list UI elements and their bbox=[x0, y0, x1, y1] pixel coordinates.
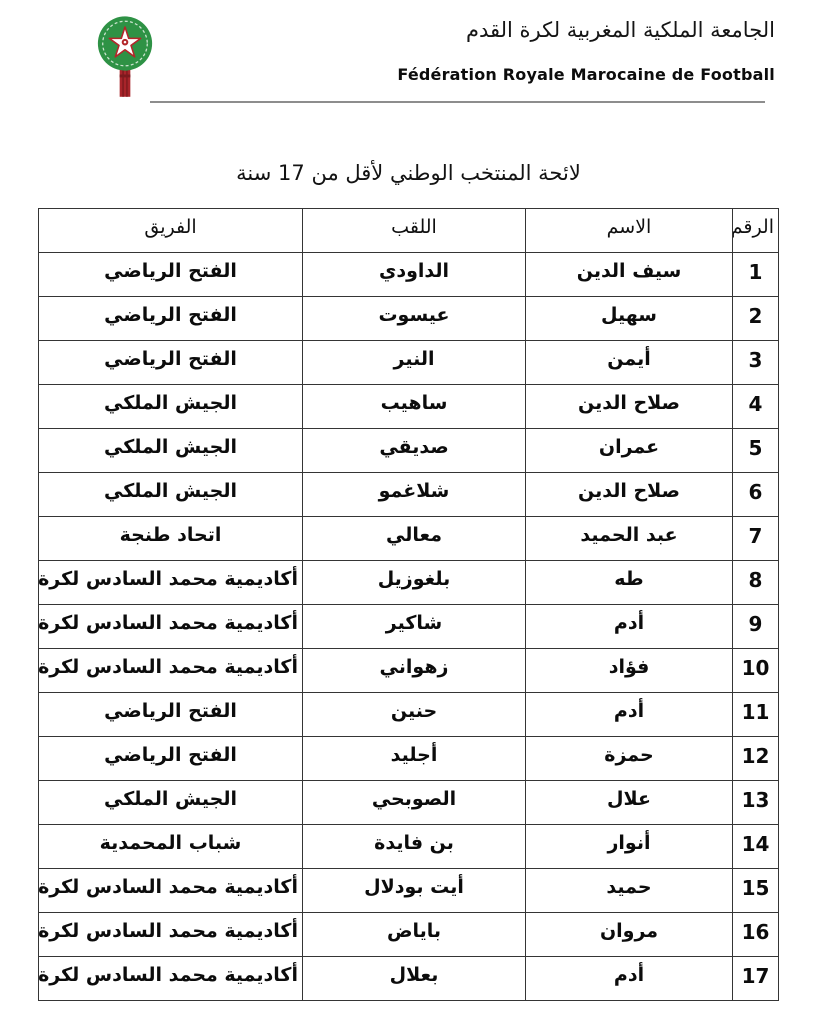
row-number-cell: 3 bbox=[733, 341, 779, 385]
name-cell: فؤاد bbox=[526, 649, 733, 693]
surname-cell: باياض bbox=[303, 913, 526, 957]
table-row: 15حميدأيت بودلالأكاديمية محمد السادس لكر… bbox=[39, 869, 779, 913]
federation-logo-icon bbox=[94, 14, 156, 104]
column-header-number: الرقم bbox=[733, 209, 779, 253]
surname-cell: بن فايدة bbox=[303, 825, 526, 869]
surname-cell: عيسوت bbox=[303, 297, 526, 341]
row-number-cell: 16 bbox=[733, 913, 779, 957]
surname-cell: أجليد bbox=[303, 737, 526, 781]
name-cell: علال bbox=[526, 781, 733, 825]
table-row: 8طهبلغوزيلأكاديمية محمد السادس لكرة القد… bbox=[39, 561, 779, 605]
table-body: 1سيف الدينالداوديالفتح الرياضي2سهيلعيسوت… bbox=[39, 253, 779, 1001]
header-divider bbox=[150, 101, 765, 103]
team-cell: الجيش الملكي bbox=[39, 385, 303, 429]
row-number-cell: 17 bbox=[733, 957, 779, 1001]
row-number-cell: 9 bbox=[733, 605, 779, 649]
row-number-cell: 8 bbox=[733, 561, 779, 605]
row-number-cell: 6 bbox=[733, 473, 779, 517]
name-cell: صلاح الدين bbox=[526, 473, 733, 517]
table-row: 9أدمشاكيرأكاديمية محمد السادس لكرة القدم bbox=[39, 605, 779, 649]
crest-ribbon bbox=[120, 67, 131, 97]
team-cell: الجيش الملكي bbox=[39, 473, 303, 517]
table-row: 12حمزةأجليدالفتح الرياضي bbox=[39, 737, 779, 781]
team-cell: الفتح الرياضي bbox=[39, 693, 303, 737]
table-row: 4صلاح الدينساهيبالجيش الملكي bbox=[39, 385, 779, 429]
name-cell: سيف الدين bbox=[526, 253, 733, 297]
team-cell: الفتح الرياضي bbox=[39, 297, 303, 341]
table-row: 10فؤادزهوانيأكاديمية محمد السادس لكرة ال… bbox=[39, 649, 779, 693]
team-cell: الفتح الرياضي bbox=[39, 341, 303, 385]
column-header-name: الاسم bbox=[526, 209, 733, 253]
table-row: 14أنواربن فايدةشباب المحمدية bbox=[39, 825, 779, 869]
column-header-surname: اللقب bbox=[303, 209, 526, 253]
table-row: 16مروانباياضأكاديمية محمد السادس لكرة ال… bbox=[39, 913, 779, 957]
table-row: 17أدمبعلالأكاديمية محمد السادس لكرة القد… bbox=[39, 957, 779, 1001]
name-cell: طه bbox=[526, 561, 733, 605]
team-cell: الجيش الملكي bbox=[39, 429, 303, 473]
table-row: 2سهيلعيسوتالفتح الرياضي bbox=[39, 297, 779, 341]
team-cell: أكاديمية محمد السادس لكرة القدم bbox=[39, 605, 303, 649]
name-cell: سهيل bbox=[526, 297, 733, 341]
surname-cell: النير bbox=[303, 341, 526, 385]
surname-cell: شاكير bbox=[303, 605, 526, 649]
name-cell: أنوار bbox=[526, 825, 733, 869]
surname-cell: بلغوزيل bbox=[303, 561, 526, 605]
name-cell: أدم bbox=[526, 693, 733, 737]
row-number-cell: 4 bbox=[733, 385, 779, 429]
surname-cell: أيت بودلال bbox=[303, 869, 526, 913]
surname-cell: حنين bbox=[303, 693, 526, 737]
surname-cell: صديقي bbox=[303, 429, 526, 473]
surname-cell: ساهيب bbox=[303, 385, 526, 429]
name-cell: حميد bbox=[526, 869, 733, 913]
table-row: 1سيف الدينالداوديالفتح الرياضي bbox=[39, 253, 779, 297]
column-header-team: الفريق bbox=[39, 209, 303, 253]
name-cell: صلاح الدين bbox=[526, 385, 733, 429]
row-number-cell: 11 bbox=[733, 693, 779, 737]
team-cell: شباب المحمدية bbox=[39, 825, 303, 869]
team-cell: اتحاد طنجة bbox=[39, 517, 303, 561]
name-cell: مروان bbox=[526, 913, 733, 957]
row-number-cell: 13 bbox=[733, 781, 779, 825]
row-number-cell: 10 bbox=[733, 649, 779, 693]
team-cell: أكاديمية محمد السادس لكرة القدم bbox=[39, 869, 303, 913]
surname-cell: الداودي bbox=[303, 253, 526, 297]
surname-cell: بعلال bbox=[303, 957, 526, 1001]
name-cell: حمزة bbox=[526, 737, 733, 781]
document-title: لائحة المنتخب الوطني لأقل من 17 سنة bbox=[0, 161, 817, 185]
row-number-cell: 5 bbox=[733, 429, 779, 473]
table-row: 7عبد الحميدمعالياتحاد طنجة bbox=[39, 517, 779, 561]
team-cell: الفتح الرياضي bbox=[39, 737, 303, 781]
name-cell: عبد الحميد bbox=[526, 517, 733, 561]
name-cell: أيمن bbox=[526, 341, 733, 385]
name-cell: أدم bbox=[526, 605, 733, 649]
roster-table-container: الرقم الاسم اللقب الفريق 1سيف الدينالداو… bbox=[38, 208, 779, 1001]
surname-cell: الصوبحي bbox=[303, 781, 526, 825]
name-cell: أدم bbox=[526, 957, 733, 1001]
org-name-french: Fédération Royale Marocaine de Football bbox=[397, 65, 775, 84]
table-row: 11أدمحنينالفتح الرياضي bbox=[39, 693, 779, 737]
team-cell: أكاديمية محمد السادس لكرة القدم bbox=[39, 561, 303, 605]
table-row: 6صلاح الدينشلاغموالجيش الملكي bbox=[39, 473, 779, 517]
row-number-cell: 14 bbox=[733, 825, 779, 869]
team-cell: أكاديمية محمد السادس لكرة القدم bbox=[39, 957, 303, 1001]
table-row: 13علالالصوبحيالجيش الملكي bbox=[39, 781, 779, 825]
team-cell: أكاديمية محمد السادس لكرة القدم bbox=[39, 913, 303, 957]
table-row: 5عمرانصديقيالجيش الملكي bbox=[39, 429, 779, 473]
team-cell: الجيش الملكي bbox=[39, 781, 303, 825]
name-cell: عمران bbox=[526, 429, 733, 473]
team-cell: الفتح الرياضي bbox=[39, 253, 303, 297]
surname-cell: زهواني bbox=[303, 649, 526, 693]
row-number-cell: 15 bbox=[733, 869, 779, 913]
document-page: الجامعة الملكية المغربية لكرة القدم Fédé… bbox=[0, 0, 817, 1024]
letterhead: الجامعة الملكية المغربية لكرة القدم Fédé… bbox=[397, 18, 775, 84]
roster-table: الرقم الاسم اللقب الفريق 1سيف الدينالداو… bbox=[38, 208, 779, 1001]
surname-cell: معالي bbox=[303, 517, 526, 561]
row-number-cell: 12 bbox=[733, 737, 779, 781]
table-row: 3أيمنالنيرالفتح الرياضي bbox=[39, 341, 779, 385]
table-header-row: الرقم الاسم اللقب الفريق bbox=[39, 209, 779, 253]
org-name-arabic: الجامعة الملكية المغربية لكرة القدم bbox=[397, 18, 775, 43]
row-number-cell: 1 bbox=[733, 253, 779, 297]
team-cell: أكاديمية محمد السادس لكرة القدم bbox=[39, 649, 303, 693]
surname-cell: شلاغمو bbox=[303, 473, 526, 517]
row-number-cell: 2 bbox=[733, 297, 779, 341]
row-number-cell: 7 bbox=[733, 517, 779, 561]
